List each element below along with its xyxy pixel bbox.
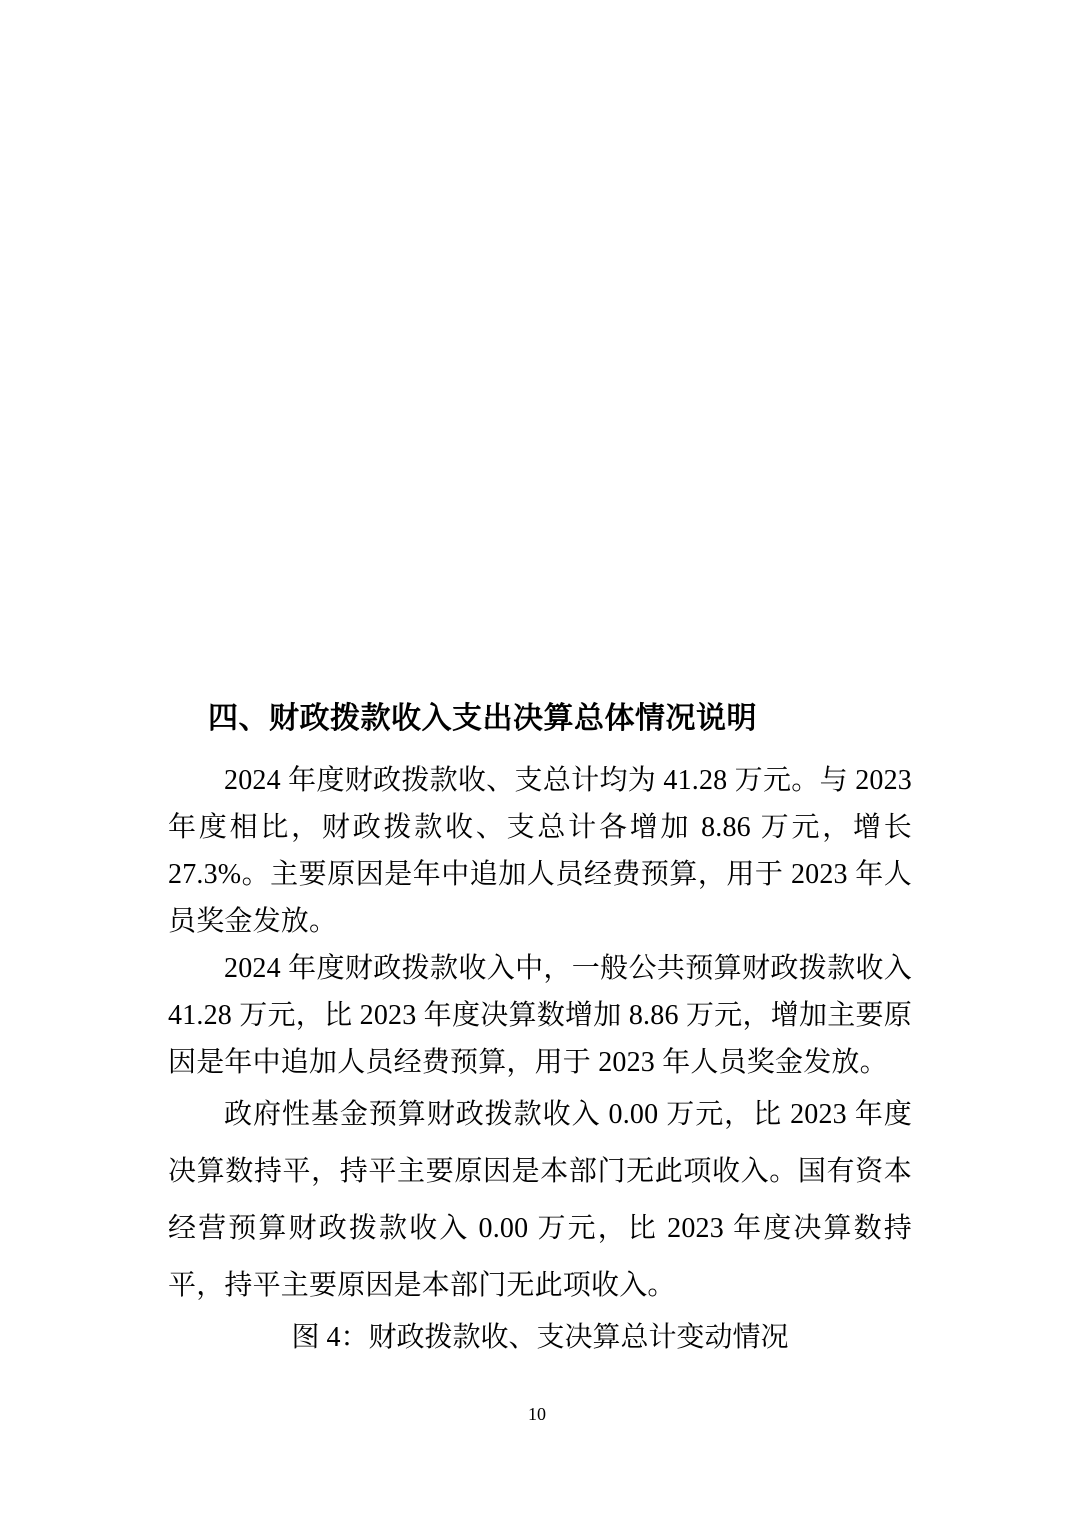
paragraph-fiscal-total: 2024 年度财政拨款收、支总计均为 41.28 万元。与 2023 年度相比，… bbox=[168, 757, 912, 945]
figure-caption: 图 4：财政拨款收、支决算总计变动情况 bbox=[168, 1314, 912, 1361]
paragraph-general-public-budget: 2024 年度财政拨款收入中，一般公共预算财政拨款收入 41.28 万元，比 2… bbox=[168, 945, 912, 1086]
document-content: 四、财政拨款收入支出决算总体情况说明 2024 年度财政拨款收、支总计均为 41… bbox=[168, 700, 912, 1361]
section-heading: 四、财政拨款收入支出决算总体情况说明 bbox=[168, 700, 912, 738]
document-page: 四、财政拨款收入支出决算总体情况说明 2024 年度财政拨款收、支总计均为 41… bbox=[0, 0, 1074, 1520]
page-number: 10 bbox=[0, 1403, 1074, 1425]
paragraph-gov-fund-state-capital: 政府性基金预算财政拨款收入 0.00 万元，比 2023 年度决算数持平，持平主… bbox=[168, 1086, 912, 1314]
